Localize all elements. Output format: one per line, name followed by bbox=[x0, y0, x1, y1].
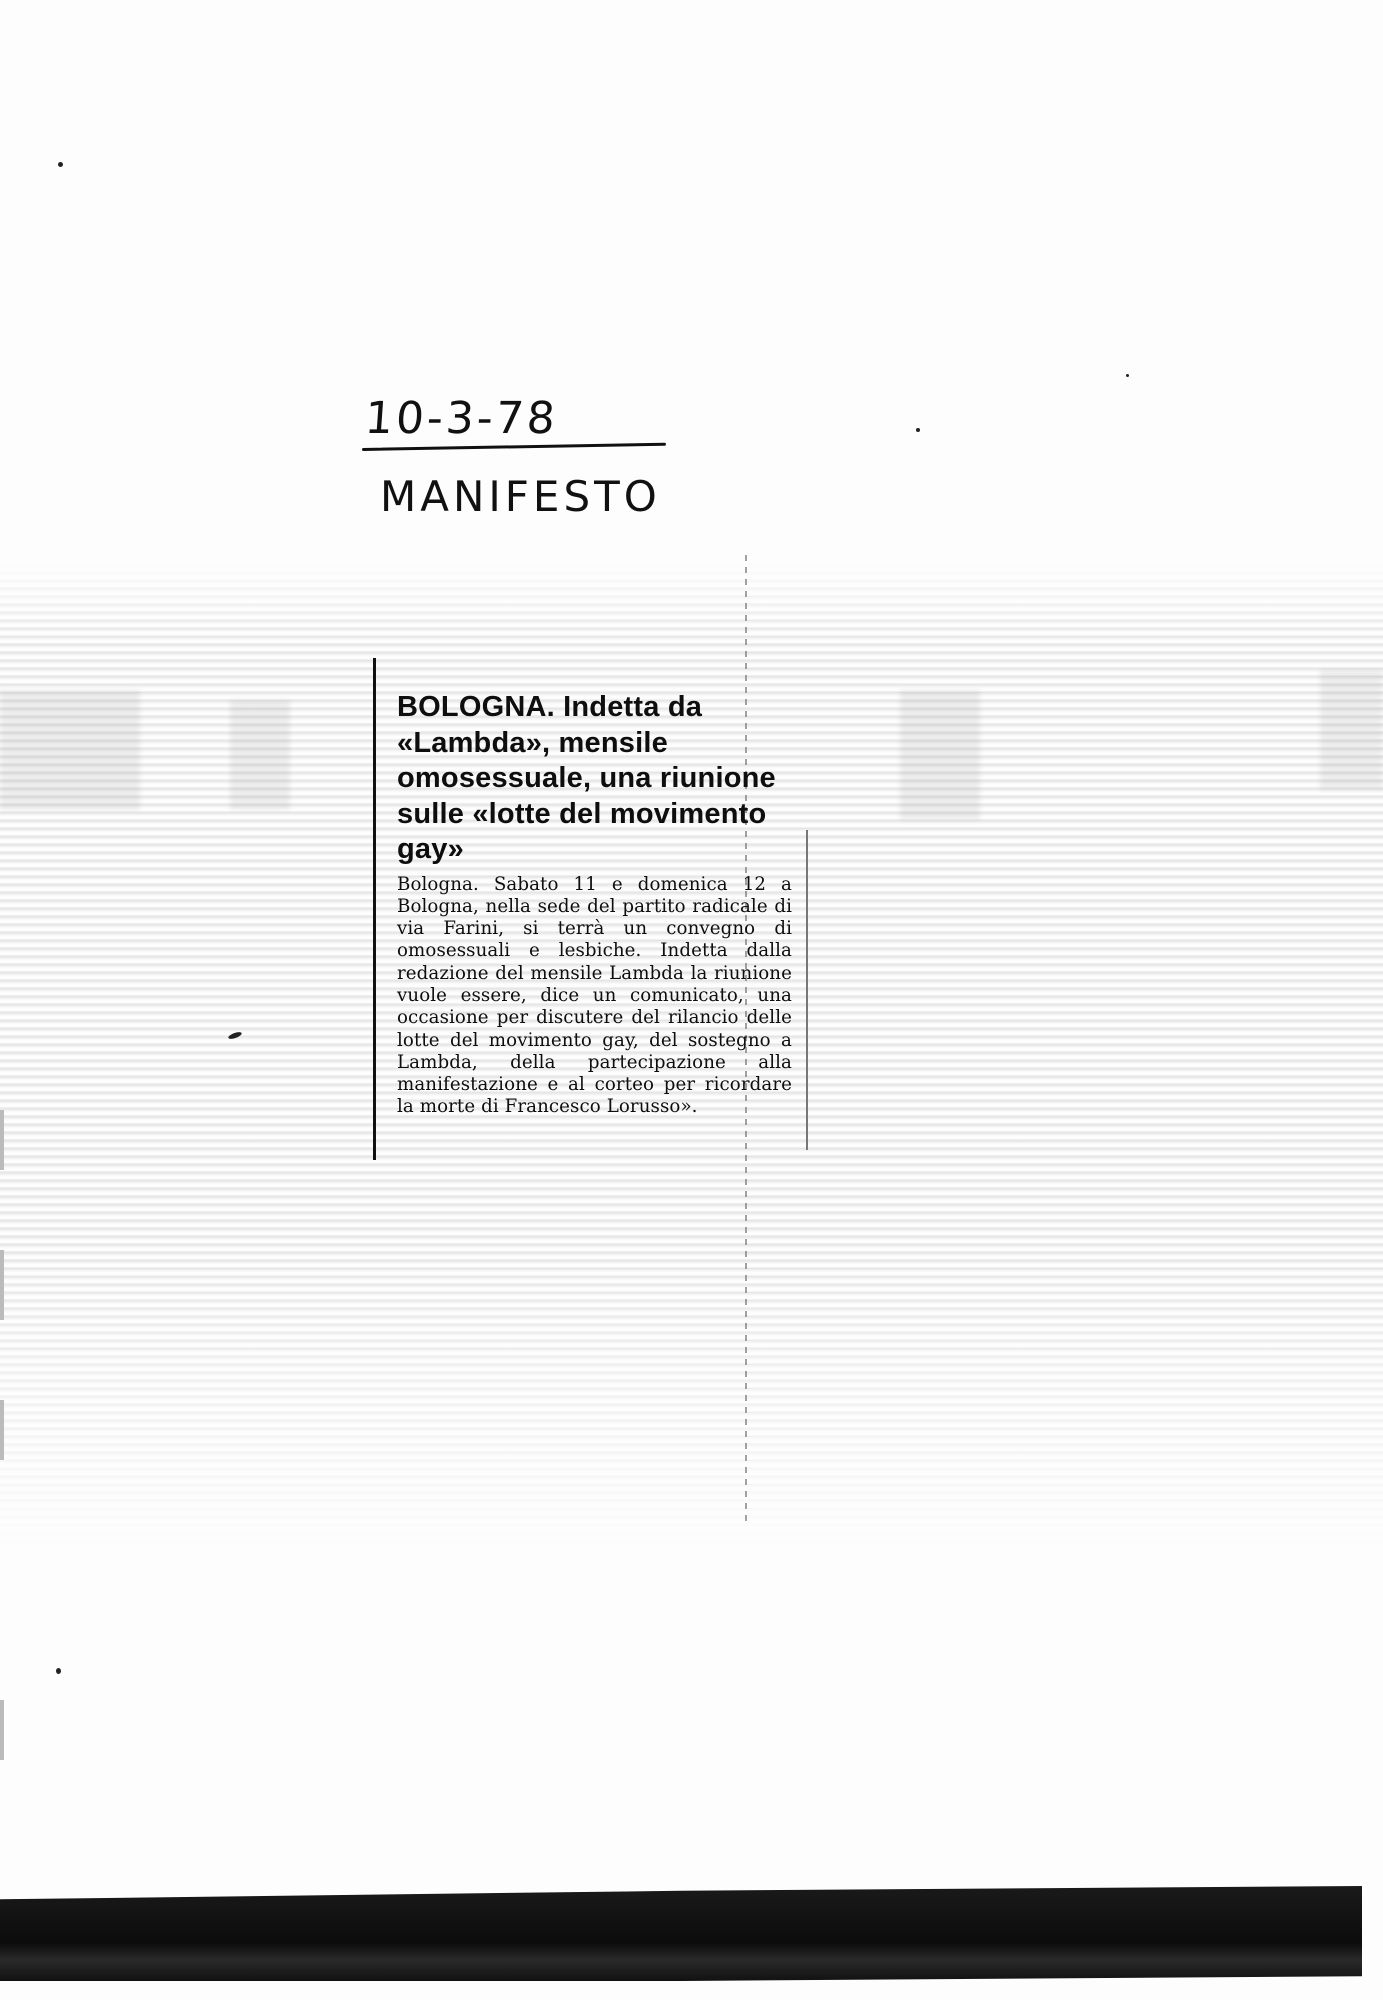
bleed-through-ghost bbox=[1320, 670, 1383, 790]
scan-edge-mark bbox=[0, 1110, 4, 1170]
column-rule-right bbox=[806, 830, 808, 1150]
column-rule-left bbox=[373, 658, 376, 1160]
newspaper-clipping: BOLOGNA. Indetta da «Lambda», mensile om… bbox=[397, 690, 792, 1119]
bleed-through-ghost bbox=[0, 690, 140, 810]
scanner-dark-band bbox=[0, 1886, 1362, 1981]
bleed-through-ghost bbox=[230, 700, 290, 810]
handwritten-source: MANIFESTO bbox=[380, 472, 661, 521]
scan-edge-mark bbox=[0, 1400, 4, 1460]
bleed-through-ghost bbox=[900, 690, 980, 820]
article-headline: BOLOGNA. Indetta da «Lambda», mensile om… bbox=[397, 690, 792, 868]
scan-edge-mark bbox=[0, 1250, 4, 1320]
scan-speck bbox=[916, 428, 920, 432]
scan-speck bbox=[1126, 374, 1129, 377]
scan-speck bbox=[58, 162, 63, 167]
scan-speck bbox=[56, 1668, 61, 1674]
handwritten-date: 10-3-78 bbox=[363, 393, 559, 444]
article-body: Bologna. Sabato 11 e domenica 12 a Bolog… bbox=[397, 874, 792, 1119]
scan-edge-mark bbox=[0, 1700, 4, 1760]
